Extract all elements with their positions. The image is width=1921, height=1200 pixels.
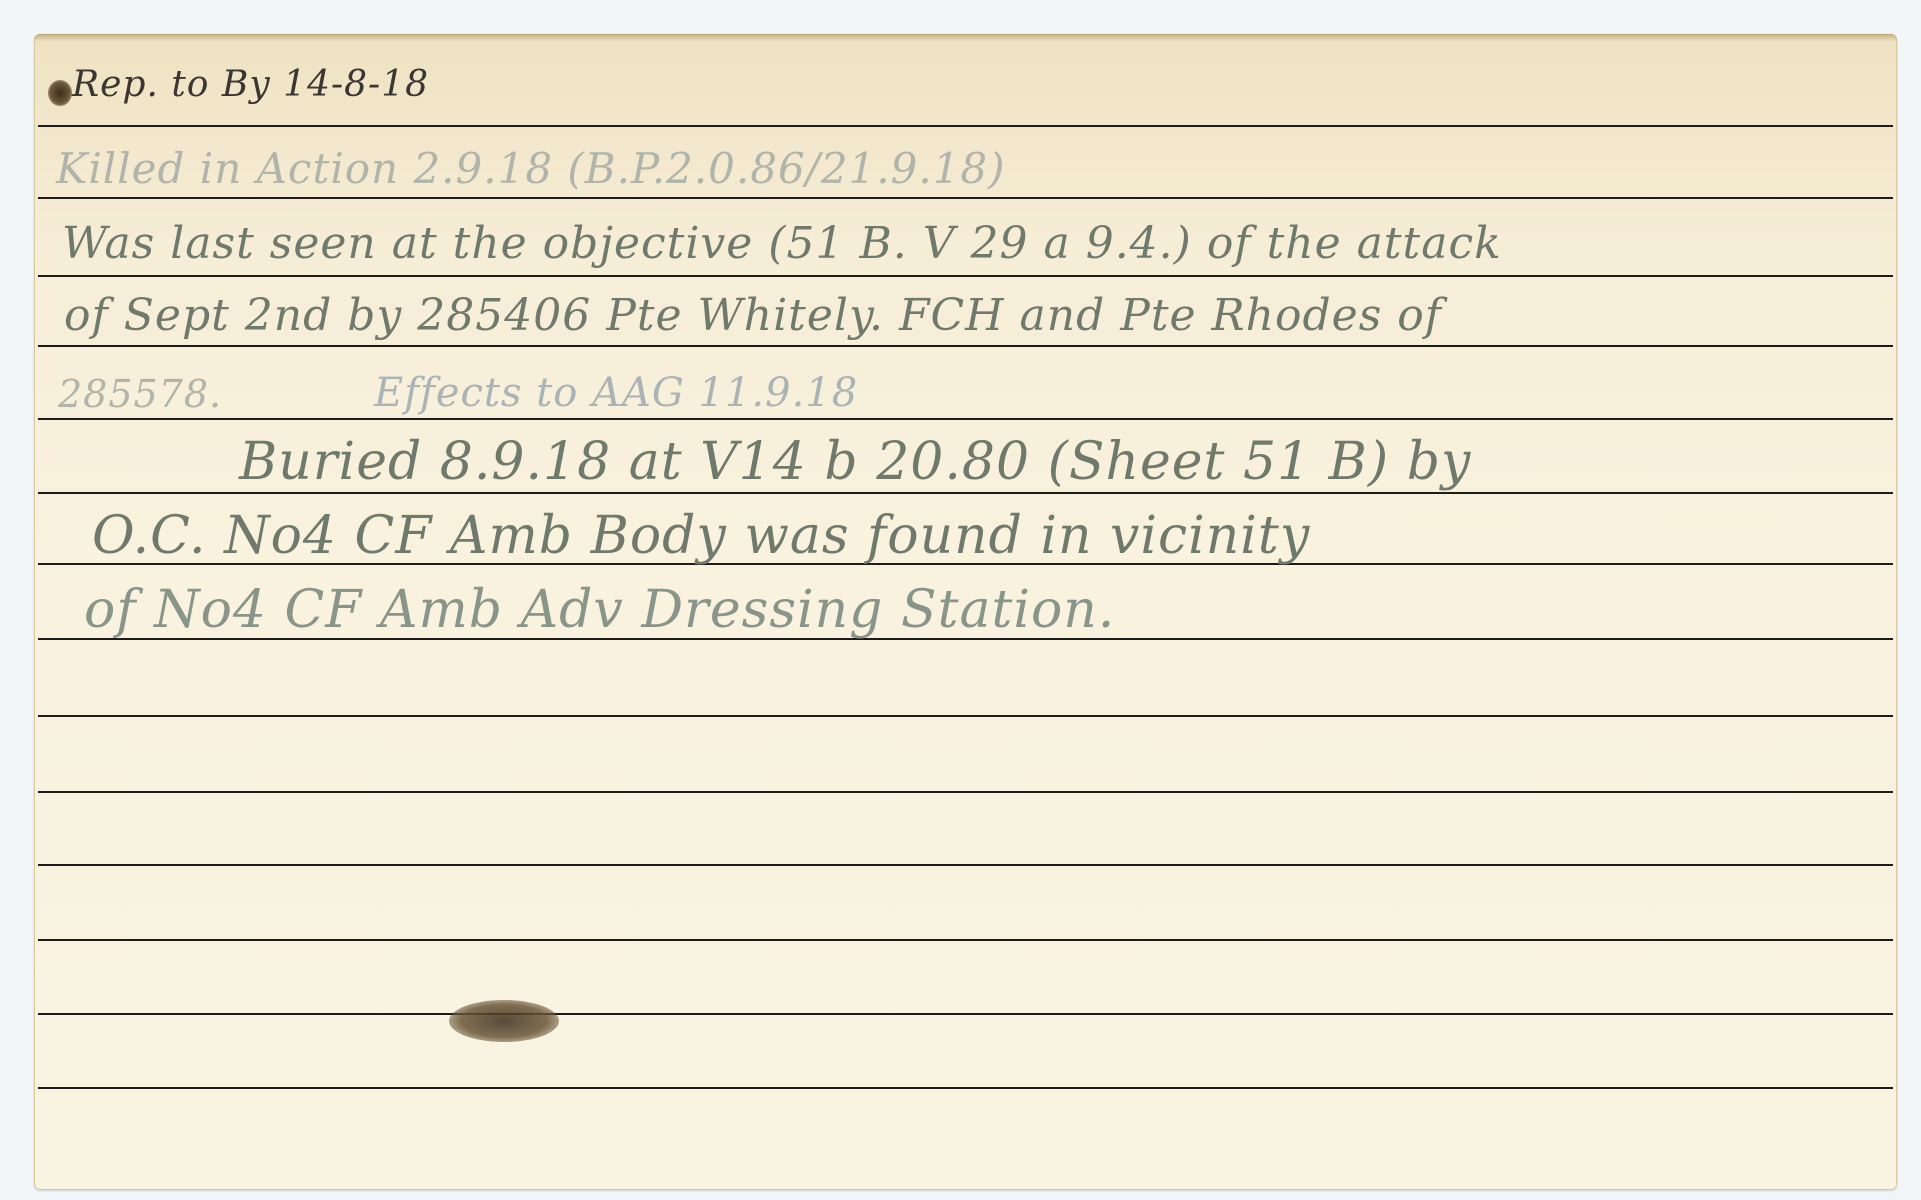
ruled-line [38, 791, 1893, 793]
effects-note: Effects to AAG 11.9.18 [374, 370, 858, 416]
killed-in-action-note: Killed in Action 2.9.18 (B.P.2.0.86/21.9… [56, 144, 1006, 193]
ruled-line [38, 939, 1893, 941]
ruled-line [38, 715, 1893, 717]
ruled-line [38, 492, 1893, 494]
buried-line-3: of No4 CF Amb Adv Dressing Station. [84, 580, 1115, 640]
stain-blot [449, 1000, 559, 1042]
index-card: Rep. to By 14-8-18 Killed in Action 2.9.… [34, 34, 1897, 1190]
ruled-line [38, 1013, 1893, 1015]
ink-blot [48, 80, 72, 106]
buried-line-1: Buried 8.9.18 at V14 b 20.80 (Sheet 51 B… [239, 432, 1471, 492]
last-seen-line-1: Was last seen at the objective (51 B. V … [62, 218, 1502, 269]
ruled-line [38, 275, 1893, 277]
ruled-line [38, 418, 1893, 420]
ruled-line [38, 197, 1893, 199]
ruled-line [38, 1087, 1893, 1089]
ruled-line [38, 345, 1893, 347]
ruled-line [38, 125, 1893, 127]
ruled-line [38, 864, 1893, 866]
buried-line-2: O.C. No4 CF Amb Body was found in vicini… [92, 506, 1310, 566]
last-seen-line-3: 285578. [58, 372, 222, 416]
last-seen-line-2: of Sept 2nd by 285406 Pte Whitely. FCH a… [64, 290, 1442, 341]
header-note: Rep. to By 14-8-18 [72, 64, 429, 105]
